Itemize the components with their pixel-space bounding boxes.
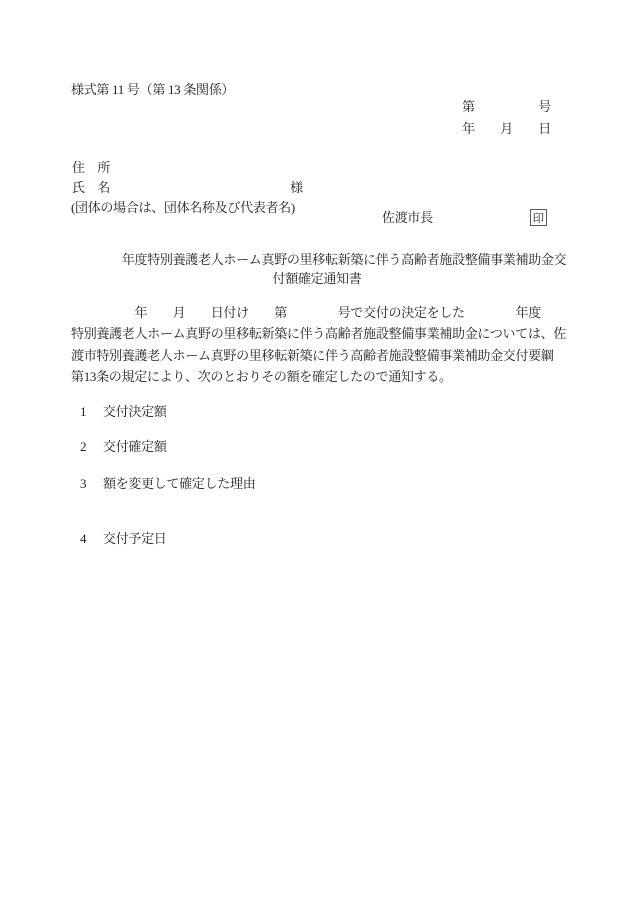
document-page: 様式第 11 号（第 13 条関係） 第 号 年 月 日 住 所 氏 名 様 (… <box>0 0 630 903</box>
body-line-3: 渡市特別養護老人ホーム真野の里移転新築に伴う高齢者施設整備事業補助金交付要綱 <box>71 345 563 366</box>
document-title: 年度特別養護老人ホーム真野の里移転新築に伴う高齢者施設整備事業補助金交 付額確定… <box>71 250 563 288</box>
recipient-address-label: 住 所 <box>72 158 110 177</box>
issuer-title: 佐渡市長 <box>382 208 433 227</box>
recipient-name-label: 氏 名 <box>72 178 110 197</box>
list-item-grant-decision-amount: 1 交付決定額 <box>80 402 167 421</box>
document-title-line-1: 年度特別養護老人ホーム真野の里移転新築に伴う高齢者施設整備事業補助金交 <box>71 250 563 269</box>
list-item-label: 交付予定日 <box>103 529 167 548</box>
list-item-label: 交付確定額 <box>103 437 167 456</box>
recipient-honorific: 様 <box>290 178 303 197</box>
list-item-planned-grant-date: 4 交付予定日 <box>80 529 167 548</box>
document-title-line-2: 付額確定通知書 <box>71 269 563 288</box>
list-item-number: 3 <box>80 474 103 493</box>
list-item-grant-confirmed-amount: 2 交付確定額 <box>80 437 167 456</box>
list-item-number: 2 <box>80 437 103 456</box>
list-item-number: 4 <box>80 529 103 548</box>
list-item-label: 交付決定額 <box>103 402 167 421</box>
document-number-blank: 第 号 <box>462 97 551 116</box>
body-paragraph: 年 月 日付け 第 号で交付の決定をした 年度 特別養護老人ホーム真野の里移転新… <box>71 302 563 387</box>
list-item-amount-change-reason: 3 額を変更して確定した理由 <box>80 474 255 493</box>
list-item-label: 額を変更して確定した理由 <box>103 474 255 493</box>
date-blank: 年 月 日 <box>462 119 551 138</box>
body-line-1: 年 月 日付け 第 号で交付の決定をした 年度 <box>71 302 563 323</box>
body-line-4: 第13条の規定により、次のとおりその額を確定したので通知する。 <box>71 366 563 387</box>
form-number: 様式第 11 号（第 13 条関係） <box>71 80 234 99</box>
issuer-row: 佐渡市長 印 <box>71 208 563 227</box>
recipient-name-row: 氏 名 様 <box>72 178 303 197</box>
seal-stamp-placeholder: 印 <box>530 209 547 226</box>
list-item-number: 1 <box>80 402 103 421</box>
body-line-2: 特別養護老人ホーム真野の里移転新築に伴う高齢者施設整備事業補助金については、佐 <box>71 323 563 344</box>
